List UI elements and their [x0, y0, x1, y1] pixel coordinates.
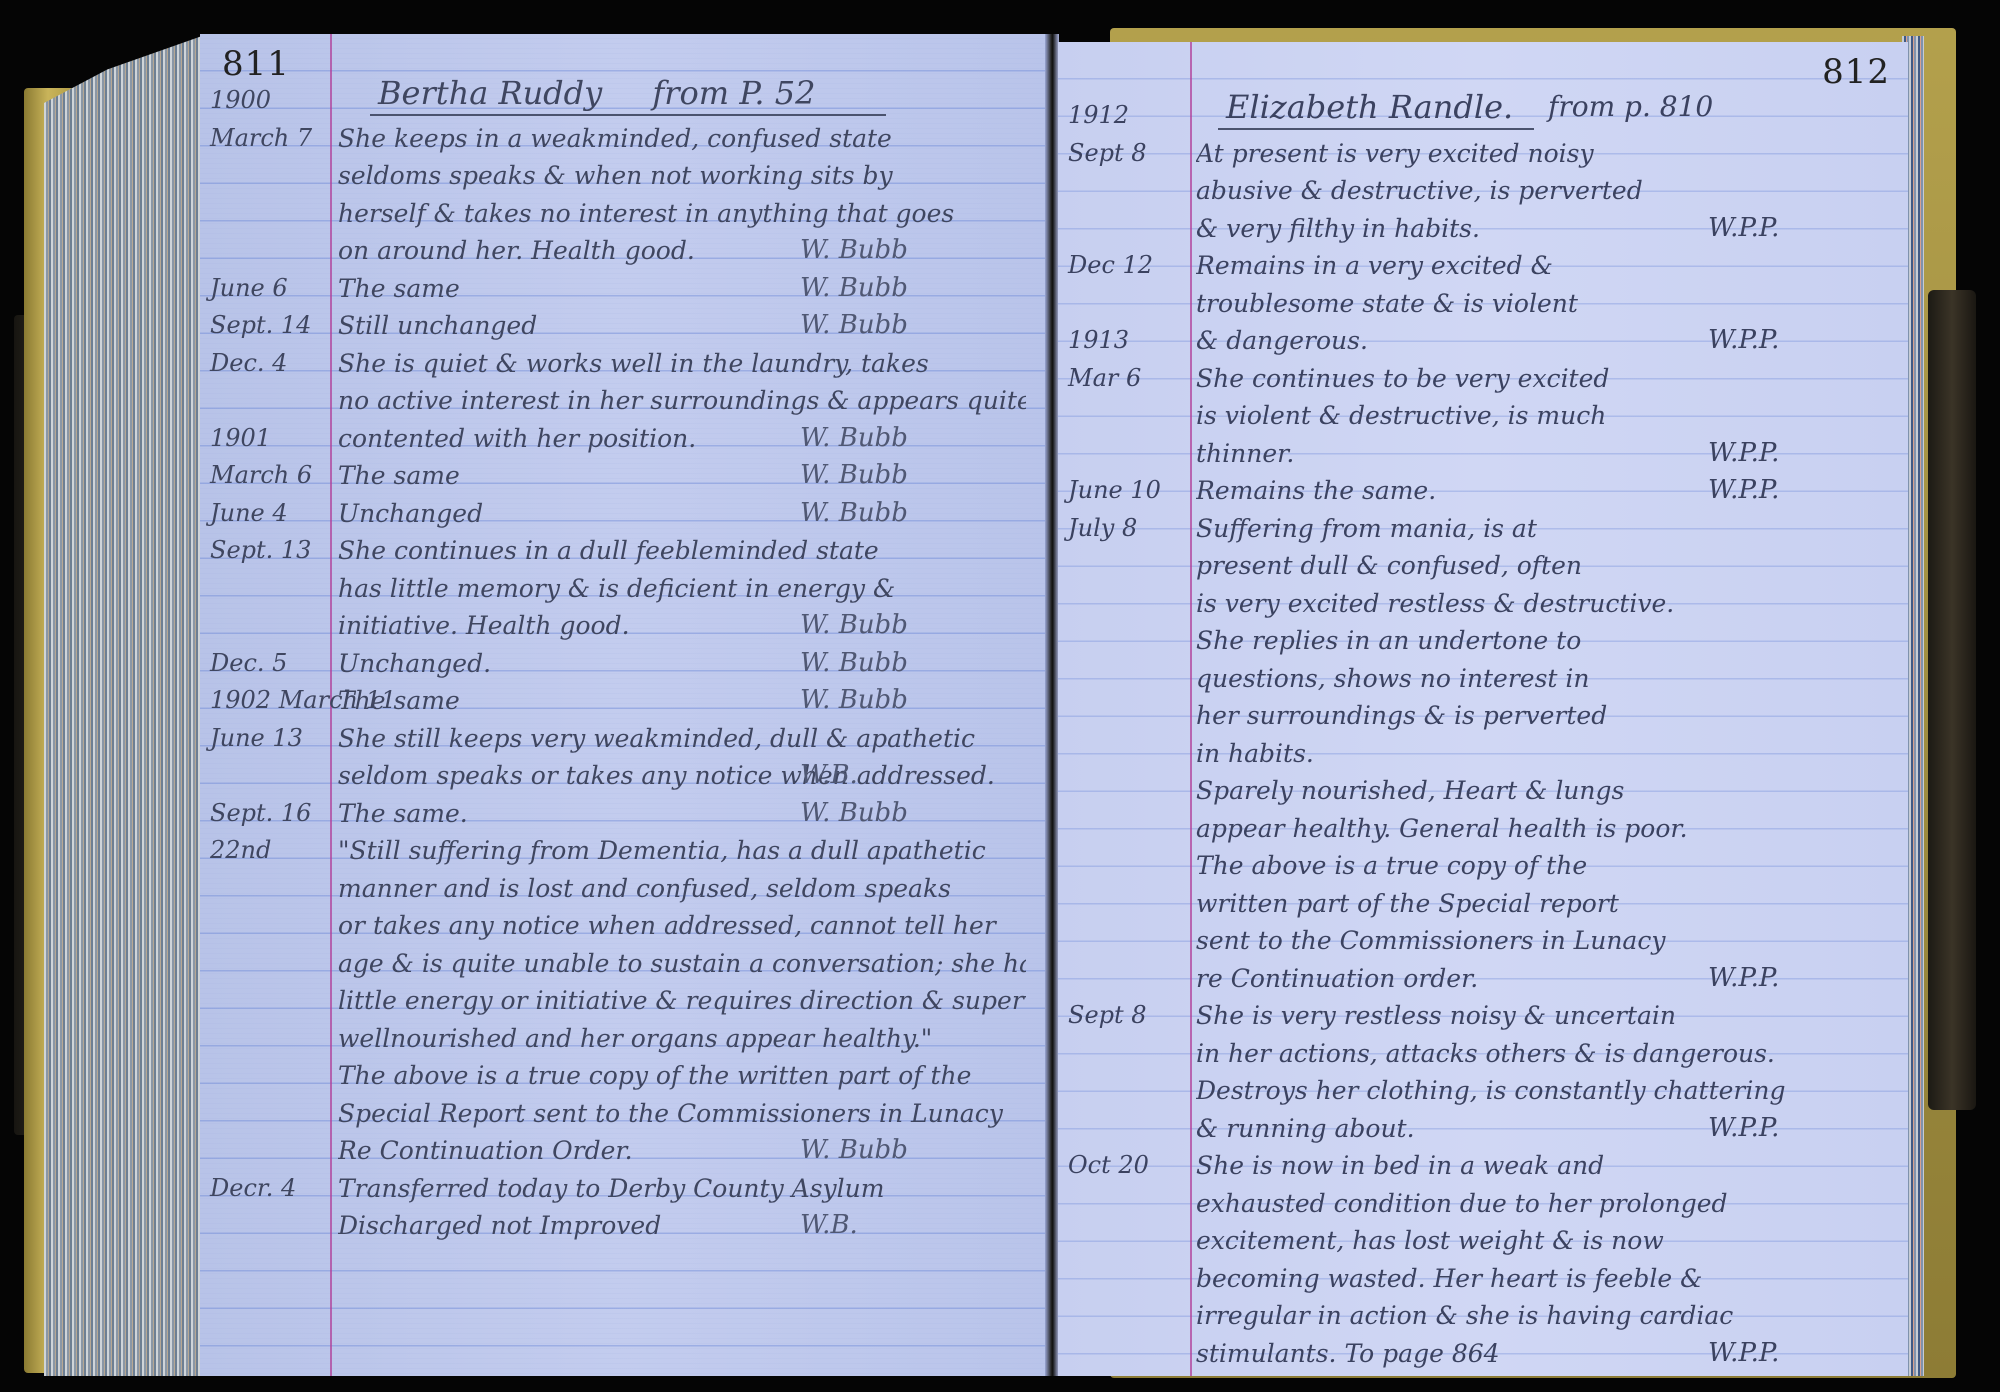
entry-text: becoming wasted. Her heart is feeble &: [1196, 1260, 1884, 1297]
entry-text: The same: [338, 682, 1026, 719]
entry-text: The same.: [338, 795, 1026, 832]
entry-text: re Continuation order.: [1196, 960, 1884, 997]
entry-date: March 6: [210, 457, 328, 494]
entry-text: appear healthy. General health is poor.: [1196, 810, 1884, 847]
entry-date: June 6: [210, 270, 328, 307]
entry-text: has little memory & is deficient in ener…: [338, 570, 1026, 607]
entry-text: The same: [338, 457, 1026, 494]
page-edges-left: [44, 36, 202, 1376]
entry-text: She still keeps very weakminded, dull & …: [338, 720, 1026, 757]
case-notes: 1912Sept 8At present is very excited noi…: [1058, 97, 1908, 1372]
entry-text: She continues to be very excited: [1196, 360, 1884, 397]
entry-date: July 8: [1068, 510, 1186, 547]
entry-text: "Still suffering from Dementia, has a du…: [338, 832, 1026, 869]
entry-text: She continues in a dull feebleminded sta…: [338, 532, 1026, 569]
entry-row: exhausted condition due to her prolonged: [1058, 1185, 1908, 1223]
entry-row: Special Report sent to the Commissioners…: [200, 1095, 1050, 1133]
page-number: 812: [1822, 52, 1890, 92]
entry-date: Sept. 16: [210, 795, 328, 832]
entry-row: Discharged not ImprovedW.B.: [200, 1207, 1050, 1245]
entry-row: Sept 8At present is very excited noisy: [1058, 135, 1908, 173]
entry-date: June 10: [1068, 472, 1186, 509]
entry-row: manner and is lost and confused, seldom …: [200, 870, 1050, 908]
entry-text: age & is quite unable to sustain a conve…: [338, 945, 1026, 982]
entry-text: Unchanged: [338, 495, 1026, 532]
entry-date: 1900: [210, 82, 328, 119]
entry-row: excitement, has lost weight & is now: [1058, 1222, 1908, 1260]
entry-text: Special Report sent to the Commissioners…: [338, 1095, 1026, 1132]
entry-text: troublesome state & is violent: [1196, 285, 1884, 322]
entry-text: excitement, has lost weight & is now: [1196, 1222, 1884, 1259]
entry-row: questions, shows no interest in: [1058, 660, 1908, 698]
entry-row: initiative. Health good.W. Bubb: [200, 607, 1050, 645]
entry-signature: W.P.P.: [1708, 210, 1779, 247]
entry-signature: W.P.P.: [1708, 472, 1779, 509]
entry-text: contented with her position.: [338, 420, 1026, 457]
entry-text: manner and is lost and confused, seldom …: [338, 870, 1026, 907]
entry-date: June 4: [210, 495, 328, 532]
entry-text: initiative. Health good.: [338, 607, 1026, 644]
entry-text: stimulants. To page 864: [1196, 1335, 1884, 1372]
entry-date: 1902 March 11: [210, 682, 328, 719]
entry-row: Re Continuation Order.W. Bubb: [200, 1132, 1050, 1170]
entry-row: & running about.W.P.P.: [1058, 1110, 1908, 1148]
entry-signature: W. Bubb: [800, 1132, 908, 1169]
entry-text: seldoms speaks & when not working sits b…: [338, 157, 1026, 194]
entry-row: 22nd"Still suffering from Dementia, has …: [200, 832, 1050, 870]
entry-row: Sept 8She is very restless noisy & uncer…: [1058, 997, 1908, 1035]
entry-text: Discharged not Improved: [338, 1207, 1026, 1244]
entry-row: on around her. Health good.W. Bubb: [200, 232, 1050, 270]
entry-row: 1901contented with her position.W. Bubb: [200, 420, 1050, 458]
entry-row: 1912: [1058, 97, 1908, 135]
entry-row: abusive & destructive, is perverted: [1058, 172, 1908, 210]
entry-date: 1901: [210, 420, 328, 457]
entry-signature: W.P.P.: [1708, 960, 1779, 997]
entry-row: appear healthy. General health is poor.: [1058, 810, 1908, 848]
entry-row: Mar 6She continues to be very excited: [1058, 360, 1908, 398]
entry-row: & very filthy in habits.W.P.P.: [1058, 210, 1908, 248]
entry-text: Destroys her clothing, is constantly cha…: [1196, 1072, 1884, 1109]
entry-text: exhausted condition due to her prolonged: [1196, 1185, 1884, 1222]
entry-row: written part of the Special report: [1058, 885, 1908, 923]
entry-row: becoming wasted. Her heart is feeble &: [1058, 1260, 1908, 1298]
entry-text: She is quiet & works well in the laundry…: [338, 345, 1026, 382]
entry-date: Dec. 5: [210, 645, 328, 682]
entry-text: her surroundings & is perverted: [1196, 697, 1884, 734]
entry-row: 1900: [200, 82, 1050, 120]
entry-row: in habits.: [1058, 735, 1908, 773]
page-number: 811: [222, 44, 290, 84]
entry-signature: W. Bubb: [800, 682, 908, 719]
entry-row: thinner.W.P.P.: [1058, 435, 1908, 473]
entry-text: Unchanged.: [338, 645, 1026, 682]
entry-row: troublesome state & is violent: [1058, 285, 1908, 323]
entry-signature: W.B.: [800, 757, 858, 794]
entry-row: Sparely nourished, Heart & lungs: [1058, 772, 1908, 810]
entry-date: Mar 6: [1068, 360, 1186, 397]
case-notes: 1900March 7She keeps in a weakminded, co…: [200, 82, 1050, 1245]
entry-row: irregular in action & she is having card…: [1058, 1297, 1908, 1335]
entry-signature: W. Bubb: [800, 232, 908, 269]
entry-text: She replies in an undertone to: [1196, 622, 1884, 659]
entry-row: has little memory & is deficient in ener…: [200, 570, 1050, 608]
entry-row: no active interest in her surroundings &…: [200, 382, 1050, 420]
entry-text: seldom speaks or takes any notice when a…: [338, 757, 1026, 794]
entry-text: little energy or initiative & requires d…: [338, 982, 1026, 1019]
entry-text: wellnourished and her organs appear heal…: [338, 1020, 1026, 1057]
entry-date: Dec 12: [1068, 247, 1186, 284]
entry-row: age & is quite unable to sustain a conve…: [200, 945, 1050, 983]
entry-row: The above is a true copy of the written …: [200, 1057, 1050, 1095]
entry-signature: W.P.P.: [1708, 435, 1779, 472]
entry-date: Sept. 14: [210, 307, 328, 344]
entry-text: no active interest in her surroundings &…: [338, 382, 1026, 419]
entry-text: Transferred today to Derby County Asylum: [338, 1170, 1026, 1207]
entry-text: Still unchanged: [338, 307, 1026, 344]
entry-row: little energy or initiative & requires d…: [200, 982, 1050, 1020]
entry-signature: W. Bubb: [800, 307, 908, 344]
entry-text: in her actions, attacks others & is dang…: [1196, 1035, 1884, 1072]
entry-text: Remains in a very excited &: [1196, 247, 1884, 284]
entry-row: 1902 March 11The sameW. Bubb: [200, 682, 1050, 720]
entry-date: 22nd: [210, 832, 328, 869]
entry-text: is very excited restless & destructive.: [1196, 585, 1884, 622]
entry-row: Dec 12Remains in a very excited &: [1058, 247, 1908, 285]
entry-text: questions, shows no interest in: [1196, 660, 1884, 697]
entry-text: or takes any notice when addressed, cann…: [338, 907, 1026, 944]
entry-row: June 13She still keeps very weakminded, …: [200, 720, 1050, 758]
entry-row: 1913& dangerous.W.P.P.: [1058, 322, 1908, 360]
entry-row: seldoms speaks & when not working sits b…: [200, 157, 1050, 195]
entry-row: Destroys her clothing, is constantly cha…: [1058, 1072, 1908, 1110]
entry-date: 1912: [1068, 97, 1186, 134]
entry-text: written part of the Special report: [1196, 885, 1884, 922]
entry-row: June 6The sameW. Bubb: [200, 270, 1050, 308]
entry-signature: W.P.P.: [1708, 1335, 1779, 1372]
entry-row: March 7She keeps in a weakminded, confus…: [200, 120, 1050, 158]
entry-text: thinner.: [1196, 435, 1884, 472]
entry-signature: W. Bubb: [800, 420, 908, 457]
entry-text: She is now in bed in a weak and: [1196, 1147, 1884, 1184]
entry-text: Sparely nourished, Heart & lungs: [1196, 772, 1884, 809]
entry-signature: W. Bubb: [800, 795, 908, 832]
entry-row: is very excited restless & destructive.: [1058, 585, 1908, 623]
entry-signature: W.B.: [800, 1207, 858, 1244]
entry-signature: W. Bubb: [800, 645, 908, 682]
entry-row: present dull & confused, often: [1058, 547, 1908, 585]
entry-signature: W.P.P.: [1708, 322, 1779, 359]
entry-row: stimulants. To page 864W.P.P.: [1058, 1335, 1908, 1373]
entry-row: June 10Remains the same.W.P.P.: [1058, 472, 1908, 510]
entry-row: March 6The sameW. Bubb: [200, 457, 1050, 495]
entry-text: She keeps in a weakminded, confused stat…: [338, 120, 1026, 157]
entry-row: re Continuation order.W.P.P.: [1058, 960, 1908, 998]
entry-row: Dec. 5Unchanged.W. Bubb: [200, 645, 1050, 683]
entry-row: her surroundings & is perverted: [1058, 697, 1908, 735]
entry-text: in habits.: [1196, 735, 1884, 772]
right-page: 812 Elizabeth Randle. from p. 810 1912Se…: [1058, 42, 1908, 1376]
entry-row: July 8Suffering from mania, is at: [1058, 510, 1908, 548]
entry-row: Sept. 14Still unchangedW. Bubb: [200, 307, 1050, 345]
entry-row: Dec. 4She is quiet & works well in the l…: [200, 345, 1050, 383]
entry-text: is violent & destructive, is much: [1196, 397, 1884, 434]
entry-text: At present is very excited noisy: [1196, 135, 1884, 172]
entry-text: The same: [338, 270, 1026, 307]
entry-row: She replies in an undertone to: [1058, 622, 1908, 660]
entry-text: & very filthy in habits.: [1196, 210, 1884, 247]
entry-row: in her actions, attacks others & is dang…: [1058, 1035, 1908, 1073]
entry-row: June 4UnchangedW. Bubb: [200, 495, 1050, 533]
entry-text: sent to the Commissioners in Lunacy: [1196, 922, 1884, 959]
entry-row: Sept. 13She continues in a dull feeblemi…: [200, 532, 1050, 570]
entry-date: Decr. 4: [210, 1170, 328, 1207]
entry-text: The above is a true copy of the written …: [338, 1057, 1026, 1094]
entry-date: June 13: [210, 720, 328, 757]
entry-date: Sept 8: [1068, 135, 1186, 172]
entry-text: irregular in action & she is having card…: [1196, 1297, 1884, 1334]
book-gutter: [1045, 34, 1059, 1376]
entry-row: sent to the Commissioners in Lunacy: [1058, 922, 1908, 960]
entry-text: & running about.: [1196, 1110, 1884, 1147]
binding-cloth-right: [1928, 290, 1976, 1110]
entry-row: The above is a true copy of the: [1058, 847, 1908, 885]
entry-date: Oct 20: [1068, 1147, 1186, 1184]
entry-signature: W. Bubb: [800, 270, 908, 307]
entry-row: Sept. 16The same.W. Bubb: [200, 795, 1050, 833]
entry-row: wellnourished and her organs appear heal…: [200, 1020, 1050, 1058]
entry-text: abusive & destructive, is perverted: [1196, 172, 1884, 209]
entry-text: & dangerous.: [1196, 322, 1884, 359]
entry-text: present dull & confused, often: [1196, 547, 1884, 584]
entry-text: The above is a true copy of the: [1196, 847, 1884, 884]
entry-signature: W. Bubb: [800, 457, 908, 494]
entry-text: Suffering from mania, is at: [1196, 510, 1884, 547]
entry-text: on around her. Health good.: [338, 232, 1026, 269]
entry-row: seldom speaks or takes any notice when a…: [200, 757, 1050, 795]
entry-signature: W.P.P.: [1708, 1110, 1779, 1147]
entry-signature: W. Bubb: [800, 495, 908, 532]
entry-date: Sept. 13: [210, 532, 328, 569]
entry-text: herself & takes no interest in anything …: [338, 195, 1026, 232]
entry-row: herself & takes no interest in anything …: [200, 195, 1050, 233]
entry-signature: W. Bubb: [800, 607, 908, 644]
entry-text: Re Continuation Order.: [338, 1132, 1026, 1169]
entry-row: Oct 20She is now in bed in a weak and: [1058, 1147, 1908, 1185]
entry-date: March 7: [210, 120, 328, 157]
entry-row: is violent & destructive, is much: [1058, 397, 1908, 435]
entry-date: 1913: [1068, 322, 1186, 359]
entry-text: Remains the same.: [1196, 472, 1884, 509]
entry-row: or takes any notice when addressed, cann…: [200, 907, 1050, 945]
left-page: 811 Bertha Ruddy from P. 52 1900March 7S…: [200, 34, 1050, 1376]
entry-row: Decr. 4Transferred today to Derby County…: [200, 1170, 1050, 1208]
entry-date: Dec. 4: [210, 345, 328, 382]
entry-text: She is very restless noisy & uncertain: [1196, 997, 1884, 1034]
entry-date: Sept 8: [1068, 997, 1186, 1034]
